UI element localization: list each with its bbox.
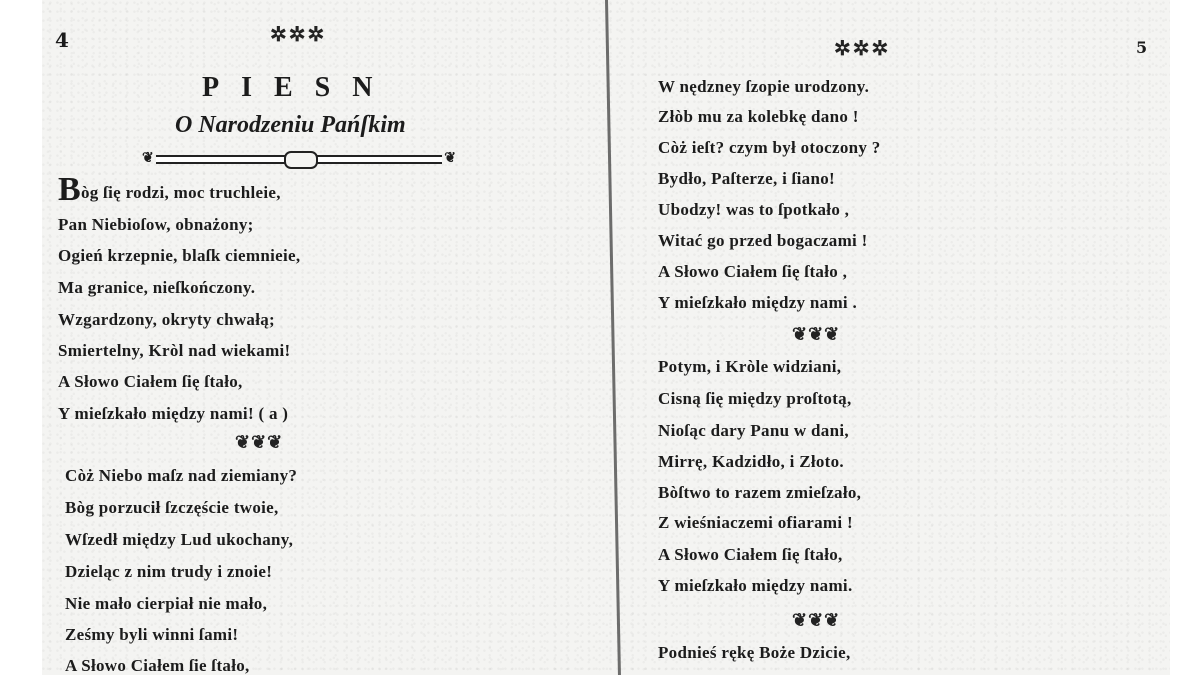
page-number-right: 5 bbox=[1136, 38, 1147, 57]
page-number-left: 4 bbox=[55, 28, 69, 52]
verse-line: Wſzedł między Lud ukochany, bbox=[65, 530, 293, 550]
drop-cap: B bbox=[58, 171, 81, 208]
verse-line: Bydło, Paſterze, i ſiano! bbox=[658, 169, 835, 189]
verse-line: Nie mało cierpiał nie mało, bbox=[65, 594, 267, 614]
verse-line: Ześmy byli winni ſami! bbox=[65, 625, 238, 645]
verse-line: Mirrę, Kadzidło, i Złoto. bbox=[658, 452, 844, 472]
page-subtitle: O Narodzeniu Pańſkim bbox=[175, 112, 406, 139]
verse-line: Y mieſzkało między nami . bbox=[658, 293, 857, 313]
verse-line: Bòg ſię rodzi, moc truchleie, bbox=[58, 180, 281, 203]
verse-line: Ogień krzepnie, blaſk ciemnieie, bbox=[58, 246, 300, 266]
verse-line: Podnieś rękę Boże Dzicie, bbox=[658, 643, 851, 663]
verse-line: Witać go przed bogaczami ! bbox=[658, 231, 868, 251]
verse-line: Bòg porzucił ſzczęście twoie, bbox=[65, 498, 279, 518]
page-title: PIESN bbox=[202, 72, 394, 104]
verse-line: Bòſtwo to razem zmieſzało, bbox=[658, 483, 861, 503]
verse-line: A Słowo Ciałem ſię ſtało, bbox=[58, 372, 243, 392]
verse-line: Nioſąc dary Panu w dani, bbox=[658, 421, 849, 441]
verse-line: A Słowo Ciałem ſie ſtało, bbox=[65, 656, 250, 675]
fleuron-ornament-icon: ❦❦❦ bbox=[792, 610, 840, 631]
verse-line: Ubodzy! was to ſpotkało , bbox=[658, 200, 849, 220]
rule-end-left: ❦ bbox=[142, 150, 154, 166]
verse-line: Ma granice, nieſkończony. bbox=[58, 278, 255, 298]
asterism-ornament-icon: ✲✲✲ bbox=[270, 22, 326, 46]
rule-end-right: ❦ bbox=[444, 150, 456, 166]
verse-line: Còż Niebo maſz nad ziemiany? bbox=[65, 466, 297, 486]
verse-line: Y mieſzkało między nami! ( a ) bbox=[58, 404, 288, 424]
verse-line: A Słowo Ciałem ſię ſtało , bbox=[658, 262, 847, 282]
verse-line: Y mieſzkało między nami. bbox=[658, 576, 853, 596]
asterism-ornament-icon: ✲✲✲ bbox=[834, 36, 890, 60]
verse-line: Còż ieſt? czym był otoczony ? bbox=[658, 138, 881, 158]
verse-line: Złòb mu za kolebkę dano ! bbox=[658, 107, 859, 127]
verse-line: Dzieląc z nim trudy i znoie! bbox=[65, 562, 272, 582]
verse-line: Z wieśniaczemi ofiarami ! bbox=[658, 513, 853, 533]
fleuron-ornament-icon: ❦❦❦ bbox=[235, 432, 283, 453]
verse-line: Cisną ſię między proſtotą, bbox=[658, 389, 852, 409]
fleuron-ornament-icon: ❦❦❦ bbox=[792, 324, 840, 345]
decorative-rule-icon: ❦ ❦ bbox=[142, 152, 456, 166]
verse-line: Smiertelny, Kròl nad wiekami! bbox=[58, 341, 291, 361]
verse-line: Pan Niebioſow, obnażony; bbox=[58, 215, 254, 235]
verse-line: Potym, i Kròle widziani, bbox=[658, 357, 841, 377]
verse-line: W nędzney ſzopie urodzony. bbox=[658, 77, 869, 97]
verse-line: A Słowo Ciałem ſię ſtało, bbox=[658, 545, 843, 565]
verse-line: Wzgardzony, okryty chwałą; bbox=[58, 310, 275, 330]
